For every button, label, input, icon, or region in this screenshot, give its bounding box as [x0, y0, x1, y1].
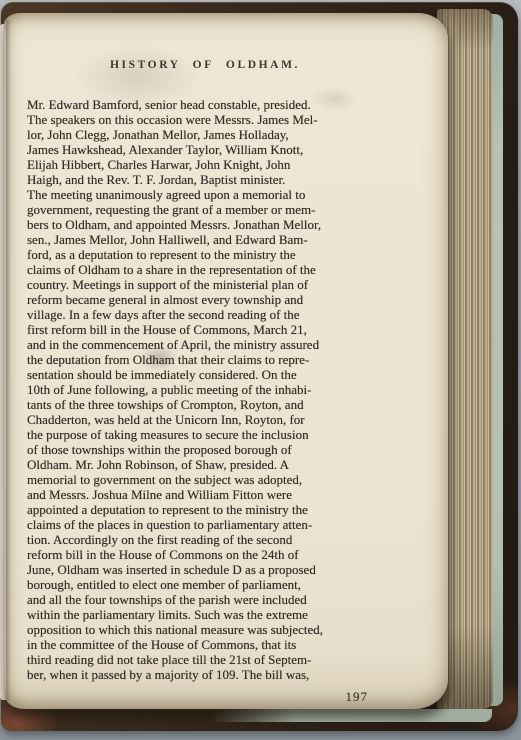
text-line: and Messrs. Joshua Milne and William Fit… — [27, 487, 384, 502]
text-line: tion. Accordingly on the first reading o… — [27, 532, 384, 547]
text-line: The speakers on this occasion were Messr… — [27, 112, 384, 127]
text-line: bers to Oldham, and appointed Messrs. Jo… — [27, 217, 384, 232]
text-line: Mr. Edward Bamford, senior head constabl… — [27, 97, 384, 112]
text-line: the deputation from Oldham that their cl… — [27, 352, 384, 367]
text-line: Oldham. Mr. John Robinson, of Shaw, pres… — [27, 457, 384, 472]
text-line: opposition to which this national measur… — [27, 622, 384, 637]
text-line: reform bill in the House of Commons on t… — [27, 547, 384, 562]
body-text: Mr. Edward Bamford, senior head constabl… — [27, 97, 384, 682]
text-line: June, Oldham was inserted in schedule D … — [27, 562, 384, 577]
text-line: and all the four townships of the parish… — [27, 592, 384, 607]
text-line: claims of Oldham to a share in the repre… — [27, 262, 384, 277]
running-header: HISTORY OF OLDHAM. — [27, 59, 383, 71]
text-line: the purpose of taking measures to secure… — [27, 427, 384, 442]
text-line: first reform bill in the House of Common… — [27, 322, 384, 337]
text-line: in the committee of the House of Commons… — [27, 637, 384, 652]
text-line: appointed a deputation to represent to t… — [27, 502, 384, 517]
text-line: village. In a few days after the second … — [27, 307, 384, 322]
text-line: country. Meetings in support of the mini… — [27, 277, 384, 292]
text-line: sen., James Mellor, John Halliwell, and … — [27, 232, 384, 247]
text-line: within the parliamentary limits. Such wa… — [27, 607, 384, 622]
text-line: tants of the three towships of Crompton,… — [27, 397, 384, 412]
book-photo: HISTORY OF OLDHAM. Mr. Edward Bamford, s… — [0, 0, 521, 740]
book-page: HISTORY OF OLDHAM. Mr. Edward Bamford, s… — [4, 13, 448, 709]
text-line: claims of the places in question to parl… — [27, 517, 384, 532]
text-line: reform became general in almost every to… — [27, 292, 384, 307]
endpaper-strip-bottom — [210, 709, 492, 722]
text-line: memorial to government on the subject wa… — [27, 472, 384, 487]
text-line: Elijah Hibbert, Charles Harwar, John Kni… — [27, 157, 384, 172]
text-line: sentation should be immediately consider… — [27, 367, 384, 382]
text-line: 10th of June following, a public meeting… — [27, 382, 384, 397]
text-line: third reading did not take place till th… — [27, 652, 384, 667]
text-line: ford, as a deputation to represent to th… — [27, 247, 384, 262]
text-line: ber, when it passed by a majority of 109… — [27, 667, 384, 682]
text-line: of those townships within the proposed b… — [27, 442, 384, 457]
text-line: James Hawkshead, Alexander Taylor, Willi… — [27, 142, 384, 157]
text-line: and in the commencement of April, the mi… — [27, 337, 384, 352]
text-line: The meeting unanimously agreed upon a me… — [27, 187, 384, 202]
text-line: government, requesting the grant of a me… — [27, 202, 384, 217]
text-line: lor, John Clegg, Jonathan Mellor, James … — [27, 127, 384, 142]
text-line: Haigh, and the Rev. T. F. Jordan, Baptis… — [27, 172, 384, 187]
text-line: Chadderton, was held at the Unicorn Inn,… — [27, 412, 384, 427]
page-number: 197 — [27, 689, 384, 705]
text-line: borough, entitled to elect one member of… — [27, 577, 384, 592]
